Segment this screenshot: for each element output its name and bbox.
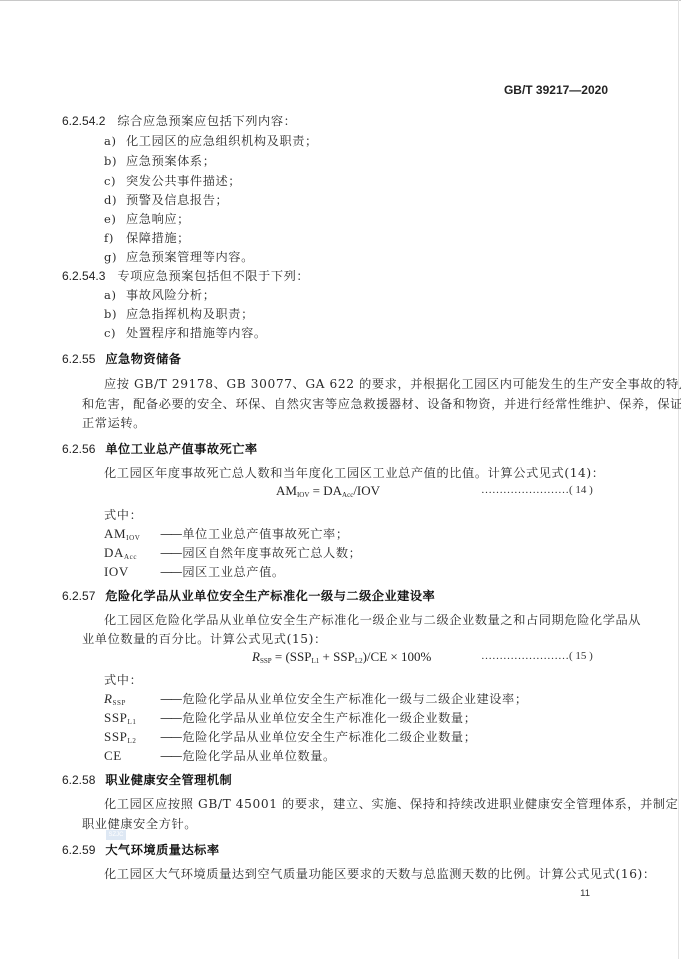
- paragraph-line: 化工园区危险化学品从业单位安全生产标准化一级企业与二级企业数量之和占同期危险化学…: [104, 611, 641, 628]
- page-number: 11: [580, 888, 590, 899]
- definition-row: RSSP——危险化学品从业单位安全生产标准化一级与二级企业建设率；: [104, 690, 528, 707]
- list-item: a)事故风险分析；: [104, 286, 216, 303]
- list-item: c)突发公共事件描述；: [104, 172, 241, 189]
- list-item: b)应急预案体系；: [104, 152, 216, 169]
- where-label: 式中：: [104, 506, 142, 523]
- section-heading-6-2-56: 6.2.56单位工业总产值事故死亡率: [62, 440, 258, 457]
- definition-row: SSPL2——危险化学品从业单位安全生产标准化二级企业数量；: [104, 728, 477, 745]
- section-heading-6-2-55: 6.2.55应急物资储备: [62, 350, 182, 367]
- definition-row: AMIOV——单位工业总产值事故死亡率；: [104, 525, 349, 542]
- list-item: d)预警及信息报告；: [104, 191, 228, 208]
- section-heading-6-2-58: 6.2.58职业健康安全管理机制: [62, 771, 232, 788]
- list-item: c)处置程序和措施等内容。: [104, 324, 267, 341]
- paragraph-line: 化工园区应按照 GB/T 45001 的要求，建立、实施、保持和持续改进职业健康…: [104, 795, 678, 812]
- clause-number: 6.2.54.2: [62, 114, 105, 128]
- paragraph-line: 化工园区年度事故死亡总人数和当年度化工园区工业总产值的比值。计算公式见式(14)…: [104, 464, 605, 481]
- definition-row: CE——危险化学品从业单位数量。: [104, 747, 336, 764]
- definition-row: IOV——园区工业总产值。: [104, 563, 285, 580]
- paragraph-line: 和危害，配备必要的安全、环保、自然灾害等应急救援器材、设备和物资，并进行经常性维…: [82, 395, 681, 412]
- clause-number: 6.2.54.3: [62, 269, 105, 283]
- paragraph-line: 业单位数量的百分比。计算公式见式(15)：: [82, 630, 327, 647]
- list-item: e)应急响应；: [104, 210, 190, 227]
- watermark-logo: SZJC: [106, 830, 126, 840]
- clause-intro: 专项应急预案包括但不限于下列：: [117, 269, 309, 283]
- paragraph-line: 化工园区大气环境质量达到空气质量功能区要求的天数与总监测天数的比例。计算公式见式…: [104, 865, 656, 882]
- list-item: g)应急预案管理等内容。: [104, 248, 254, 265]
- section-heading-6-2-59: 6.2.59大气环境质量达标率: [62, 841, 220, 858]
- equation-number-14: ……………………( 14 ): [481, 484, 593, 496]
- paragraph-line: 职业健康安全方针。: [82, 815, 197, 832]
- clause-intro: 综合应急预案应包括下列内容：: [117, 114, 296, 128]
- equation-number-15: ……………………( 15 ): [481, 650, 593, 662]
- where-label: 式中：: [104, 671, 142, 688]
- page-top-border: [0, 0, 681, 1]
- paragraph-line: 应按 GB/T 29178、GB 30077、GA 622 的要求，并根据化工园…: [104, 375, 681, 392]
- section-heading-6-2-57: 6.2.57危险化学品从业单位安全生产标准化一级与二级企业建设率: [62, 587, 435, 604]
- definition-row: SSPL1——危险化学品从业单位安全生产标准化一级企业数量；: [104, 709, 477, 726]
- list-item: b)应急指挥机构及职责；: [104, 305, 254, 322]
- clause-6-2-54-3: 6.2.54.3专项应急预案包括但不限于下列：: [62, 267, 309, 284]
- list-item: a)化工园区的应急组织机构及职责；: [104, 132, 318, 149]
- definition-row: DAAcc——园区自然年度事故死亡总人数；: [104, 544, 361, 561]
- standard-code-header: GB/T 39217—2020: [504, 83, 608, 97]
- list-item: f)保障措施；: [104, 229, 190, 246]
- paragraph-line: 正常运转。: [82, 414, 146, 431]
- formula-14: AMIOV = DAAcc/IOV: [276, 483, 380, 499]
- page-right-border: [678, 0, 679, 959]
- clause-6-2-54-2: 6.2.54.2综合应急预案应包括下列内容：: [62, 112, 296, 129]
- formula-15: RSSP = (SSPL1 + SSPL2)/CE × 100%: [252, 649, 431, 665]
